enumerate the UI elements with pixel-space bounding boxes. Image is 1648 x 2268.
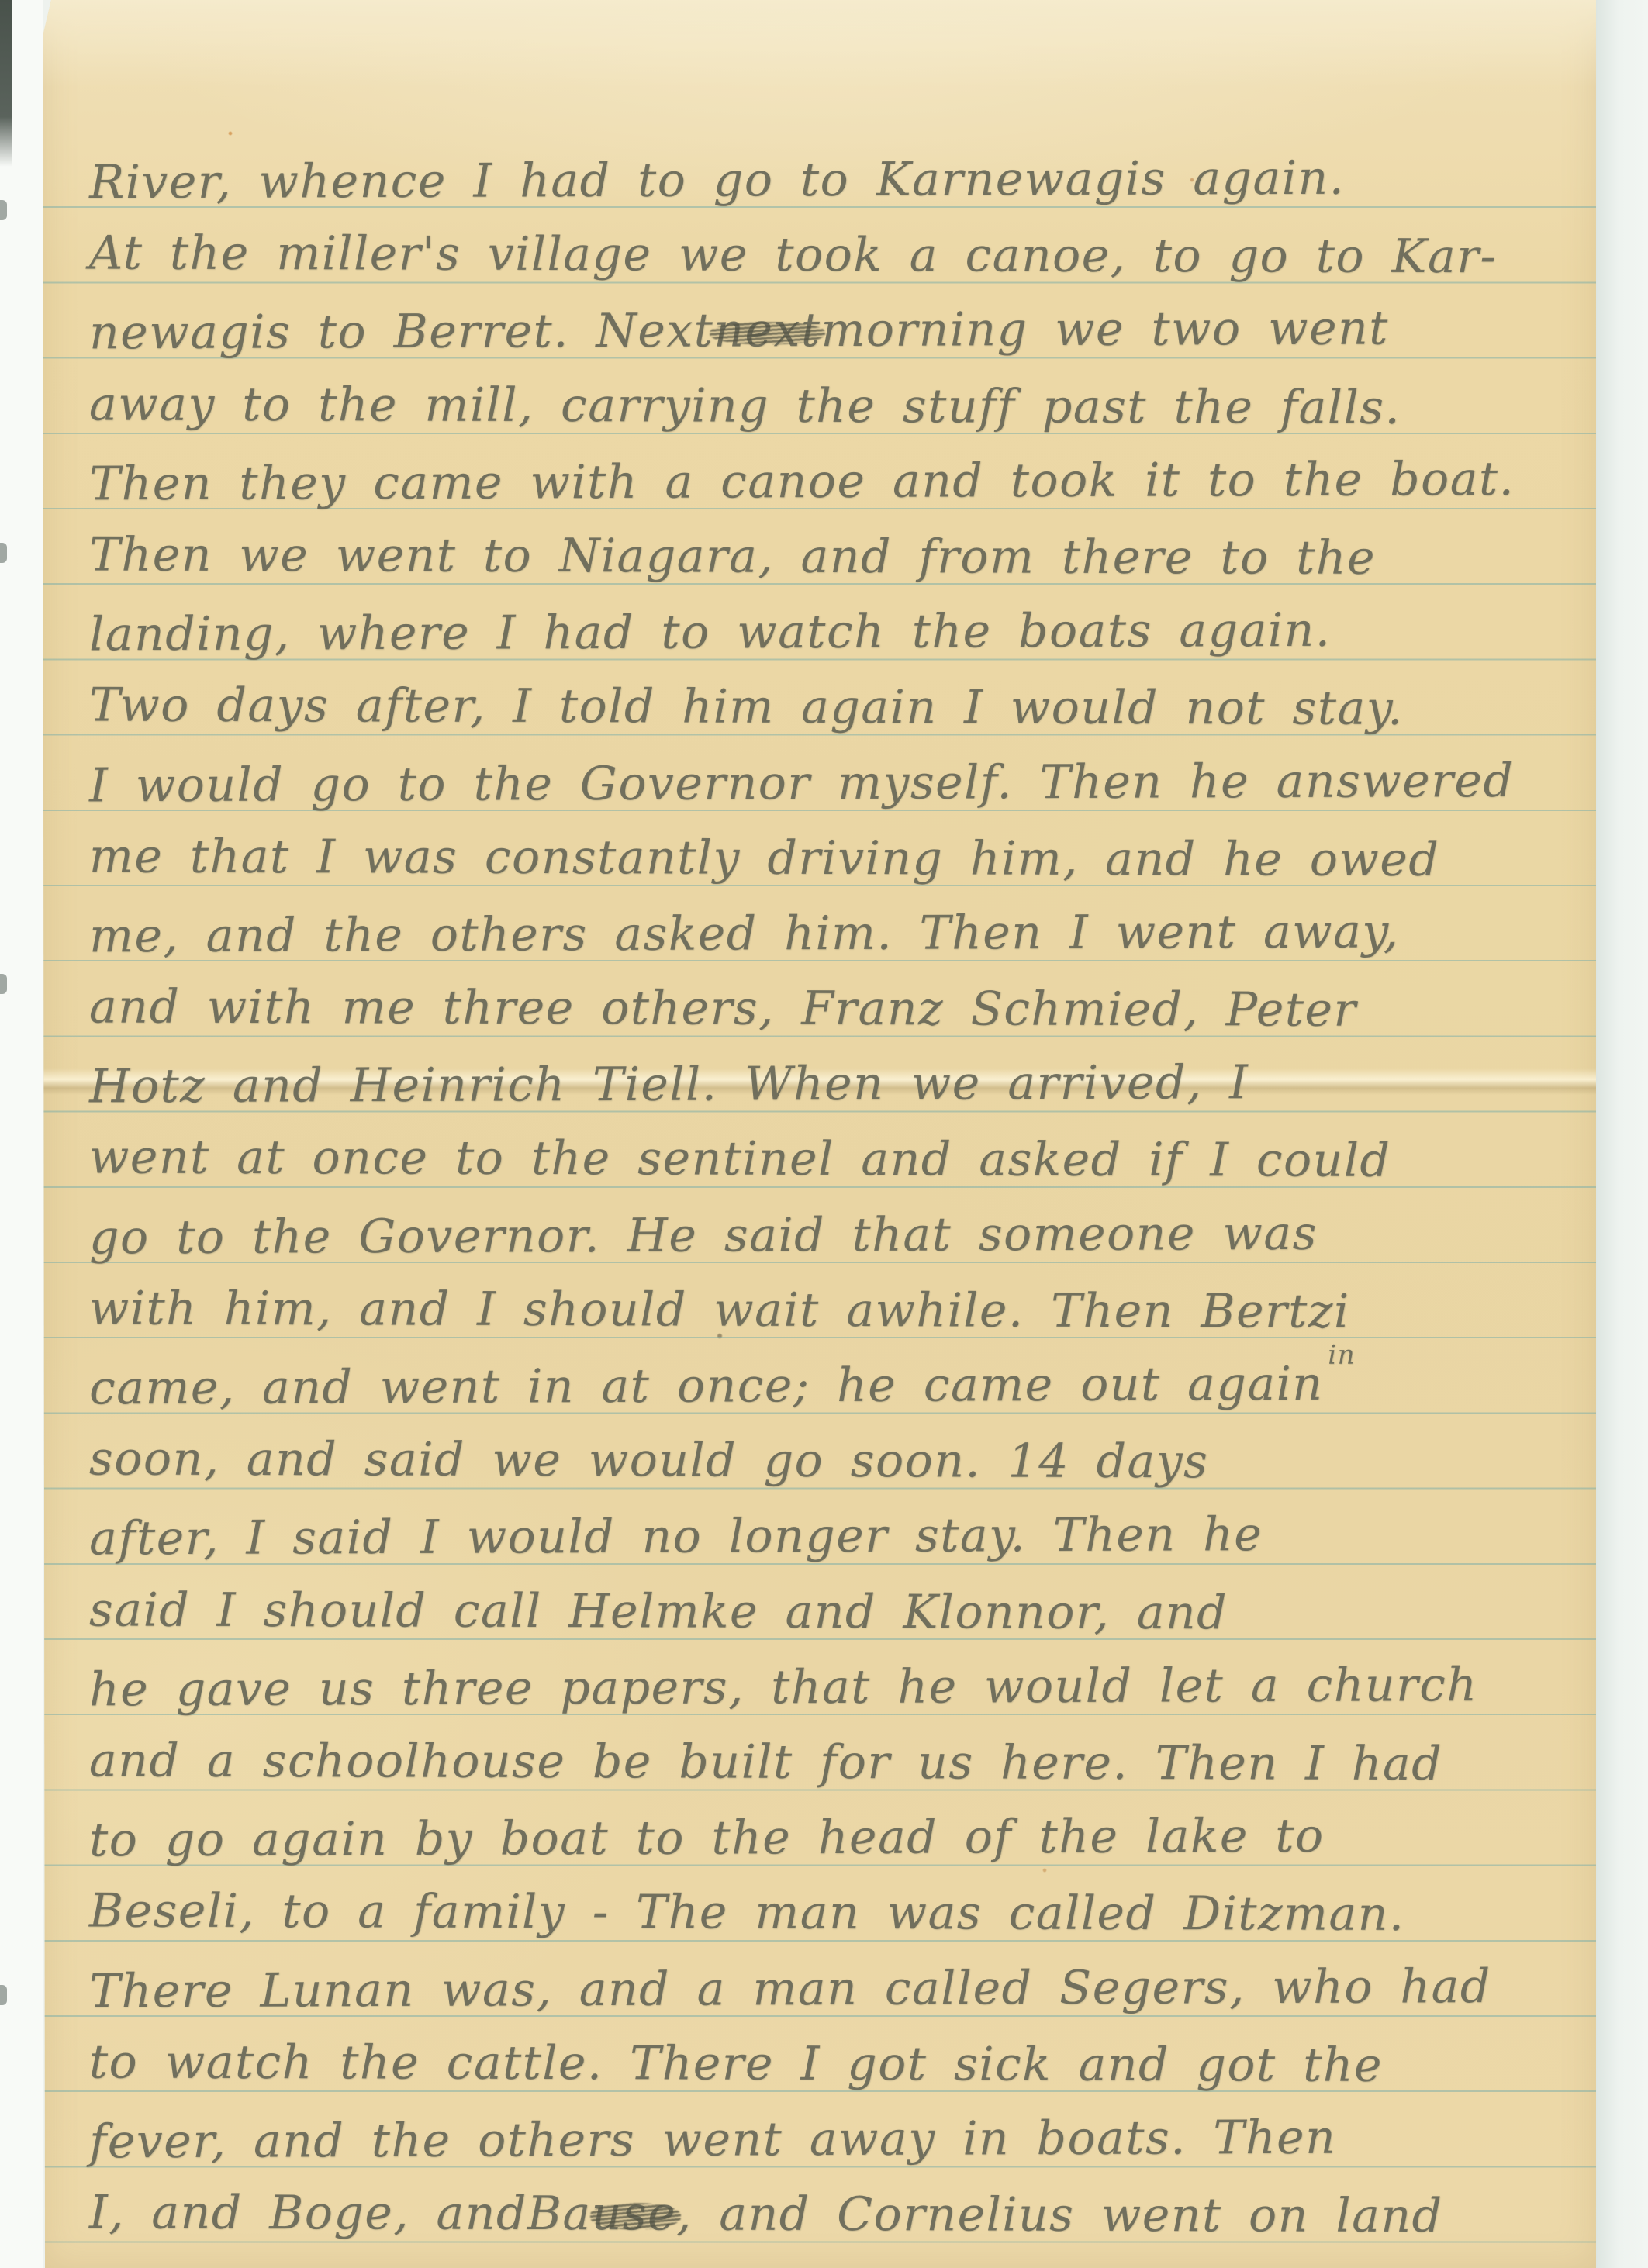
handwritten-text: , and Cornelius went on land	[676, 2187, 1443, 2244]
handwritten-text: came, and went in at once; he came out a…	[89, 1357, 1324, 1416]
handwritten-line: came, and went in at once; he came out a…	[89, 1335, 1591, 1416]
handwritten-text: he gave us three papers, that he would l…	[89, 1658, 1478, 1717]
handwritten-text: newagis to Berret. Next	[89, 304, 713, 361]
handwritten-line: Then they came with a canoe and took it …	[89, 430, 1591, 511]
handwriting-lines: River, whence I had to go to Karnewagis …	[89, 132, 1591, 2242]
handwritten-text: said I should call Helmke and Klonnor, a…	[89, 1583, 1228, 1640]
handwritten-line: Beseli, to a family - The man was called…	[89, 1863, 1591, 1942]
handwritten-text: Hotz and Heinrich Tiell. When we arrived…	[89, 1056, 1249, 1114]
handwritten-line: I would go to the Governor myself. Then …	[89, 732, 1591, 813]
handwritten-line: to go again by boat to the head of the l…	[89, 1787, 1591, 1868]
handwritten-text: I would go to the Governor myself. Then …	[89, 754, 1514, 813]
handwritten-line: I, and Boge, and Bause, and Cornelius we…	[89, 2165, 1591, 2244]
handwritten-line: to watch the cattle. There I got sick an…	[89, 2014, 1591, 2093]
scanner-edge-strip	[0, 0, 12, 167]
handwritten-text: Beseli, to a family - The man was called…	[89, 1884, 1405, 1942]
handwritten-text: fever, and the others went away in boats…	[89, 2111, 1336, 2170]
handwritten-line: me, and the others asked him. Then I wen…	[89, 882, 1591, 963]
handwritten-text: At the miller's village we took a canoe,…	[89, 226, 1497, 285]
handwritten-text: and a schoolhouse be built for us here. …	[89, 1734, 1442, 1792]
handwritten-line: Two days after, I told him again I would…	[89, 658, 1591, 737]
handwritten-line: landing, where I had to watch the boats …	[89, 582, 1591, 662]
scanner-edge-mark	[0, 200, 7, 220]
handwritten-text: to go again by boat to the head of the l…	[89, 1809, 1325, 1868]
superscript-insertion: in	[1328, 1340, 1356, 1371]
handwritten-text: morning we two went	[821, 302, 1389, 358]
scribbled-out-word: next	[713, 304, 821, 358]
handwritten-text: go to the Governor. He said that someone…	[89, 1206, 1318, 1265]
handwritten-text: with him, and I should wait awhile. Then…	[89, 1281, 1350, 1338]
handwritten-line: soon, and said we would go soon. 14 days	[89, 1411, 1591, 1490]
handwritten-line: and with me three others, Franz Schmied,…	[89, 959, 1591, 1038]
scan-strip-right	[1596, 0, 1648, 2268]
handwritten-line: said I should call Helmke and Klonnor, a…	[89, 1562, 1591, 1641]
handwritten-line: River, whence I had to go to Karnewagis …	[89, 129, 1591, 210]
handwritten-text: River, whence I had to go to Karnewagis …	[89, 151, 1345, 210]
handwritten-text: soon, and said we would go soon. 14 days	[89, 1432, 1209, 1490]
handwritten-text: away to the mill, carrying the stuff pas…	[89, 377, 1401, 434]
scanner-edge-mark	[0, 543, 7, 563]
handwritten-text: after, I said I would no longer stay. Th…	[89, 1508, 1263, 1566]
handwritten-text: Then we went to Niagara, and from there …	[89, 528, 1376, 585]
handwritten-text: to watch the cattle. There I got sick an…	[89, 2035, 1383, 2092]
scanner-edge-mark	[0, 1985, 7, 2005]
handwritten-line: newagis to Berret. Next next morning we …	[89, 280, 1591, 361]
handwritten-line: There Lunan was, and a man called Segers…	[89, 1938, 1591, 2018]
letter-page: River, whence I had to go to Karnewagis …	[43, 0, 1596, 2268]
handwritten-line: away to the mill, carrying the stuff pas…	[89, 356, 1591, 435]
handwritten-text: went at once to the sentinel and asked i…	[89, 1131, 1391, 1188]
scan-background: River, whence I had to go to Karnewagis …	[0, 0, 1648, 2268]
handwritten-line: me that I was constantly driving him, an…	[89, 808, 1591, 887]
handwritten-line: Then we went to Niagara, and from there …	[89, 506, 1591, 585]
handwritten-text: Two days after, I told him again I would…	[89, 678, 1404, 736]
handwritten-line: fever, and the others went away in boats…	[89, 2088, 1591, 2169]
handwritten-text: me that I was constantly driving him, an…	[89, 829, 1439, 887]
handwritten-line: with him, and I should wait awhile. Then…	[89, 1260, 1591, 1339]
handwritten-line: go to the Governor. He said that someone…	[89, 1184, 1591, 1265]
handwritten-text: There Lunan was, and a man called Segers…	[89, 1959, 1491, 2018]
page-top-curl	[43, 0, 1596, 87]
handwritten-line: after, I said I would no longer stay. Th…	[89, 1486, 1591, 1566]
overwritten-word: Bause	[527, 2187, 676, 2242]
handwritten-text: landing, where I had to watch the boats …	[89, 603, 1331, 662]
handwritten-line: he gave us three papers, that he would l…	[89, 1636, 1591, 1717]
handwritten-line: went at once to the sentinel and asked i…	[89, 1110, 1591, 1189]
handwritten-text: me, and the others asked him. Then I wen…	[89, 905, 1399, 964]
handwritten-text: Then they came with a canoe and took it …	[89, 452, 1515, 511]
handwritten-text: I, and Boge, and	[89, 2186, 527, 2241]
handwritten-line: and a schoolhouse be built for us here. …	[89, 1712, 1591, 1791]
handwritten-text: and with me three others, Franz Schmied,…	[89, 980, 1357, 1037]
handwritten-line: Hotz and Heinrich Tiell. When we arrived…	[89, 1034, 1591, 1114]
scanner-edge-mark	[0, 974, 7, 994]
handwritten-line: At the miller's village we took a canoe,…	[89, 205, 1591, 285]
